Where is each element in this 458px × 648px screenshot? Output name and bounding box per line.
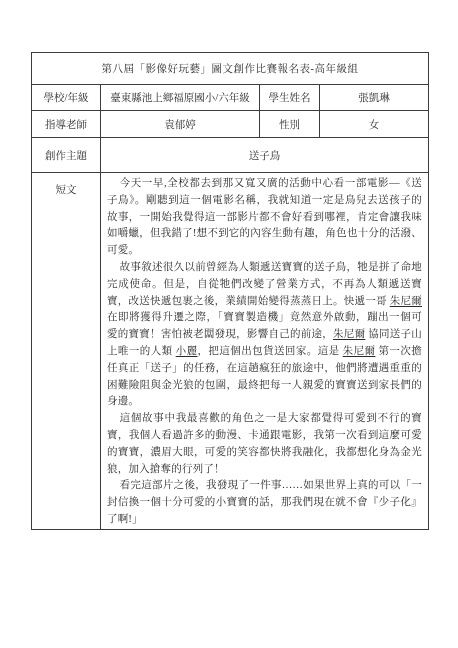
underlined-name: 小麗 <box>176 346 198 357</box>
school-grade-value: 臺東縣池上鄉福原國小/六年級 <box>101 85 260 111</box>
registration-form-table: 第八屆「影像好玩藝」圖文創作比賽報名表-高年級組 學校/年級 臺東縣池上鄉福原國… <box>31 52 429 530</box>
essay-label: 短文 <box>32 173 101 530</box>
teacher-gender-row: 指導老師 袁郁婷 性別 女 <box>32 111 429 138</box>
school-student-row: 學校/年級 臺東縣池上鄉福原國小/六年級 學生姓名 張凱琳 <box>32 85 429 111</box>
gender-value: 女 <box>320 111 429 138</box>
underlined-name: 朱尼爾 <box>333 329 365 340</box>
teacher-label: 指導老師 <box>32 111 101 138</box>
underlined-name: 朱尼爾 <box>343 346 376 357</box>
topic-label: 創作主題 <box>32 138 101 173</box>
form-title: 第八屆「影像好玩藝」圖文創作比賽報名表-高年級組 <box>32 53 429 85</box>
student-name-value: 張凱琳 <box>320 85 429 111</box>
student-name-label: 學生姓名 <box>260 85 320 111</box>
essay-row: 短文 今天一早,全校都去到那又寬又廣的活動中心看一部電影—《送子鳥》。剛聽到這一… <box>32 173 429 530</box>
essay-paragraph: 看完這部片之後，我發現了一件事……如果世界上真的可以「一封信換一個十分可愛的小寶… <box>107 478 422 528</box>
registration-form-page: 第八屆「影像好玩藝」圖文創作比賽報名表-高年級組 學校/年級 臺東縣池上鄉福原國… <box>0 0 458 648</box>
essay-paragraph: 故事敘述很久以前曾經為人類遞送寶寶的送子鳥，牠是拼了命地完成使命。但是，自從牠們… <box>107 260 422 411</box>
underlined-name: 朱尼爾 <box>390 296 422 307</box>
title-row: 第八屆「影像好玩藝」圖文創作比賽報名表-高年級組 <box>32 53 429 85</box>
teacher-value: 袁郁婷 <box>101 111 260 138</box>
topic-value: 送子鳥 <box>101 138 429 173</box>
topic-row: 創作主題 送子鳥 <box>32 138 429 173</box>
school-grade-label: 學校/年級 <box>32 85 101 111</box>
essay-paragraph: 這個故事中我最喜歡的角色之一是大家都覺得可愛到不行的寶寶，我個人看過許多的動漫、… <box>107 411 422 478</box>
essay-paragraph: 今天一早,全校都去到那又寬又廣的活動中心看一部電影—《送子鳥》。剛聽到這一個電影… <box>107 176 422 260</box>
gender-label: 性別 <box>260 111 320 138</box>
essay-text: 今天一早,全校都去到那又寬又廣的活動中心看一部電影—《送子鳥》。剛聽到這一個電影… <box>101 173 429 530</box>
